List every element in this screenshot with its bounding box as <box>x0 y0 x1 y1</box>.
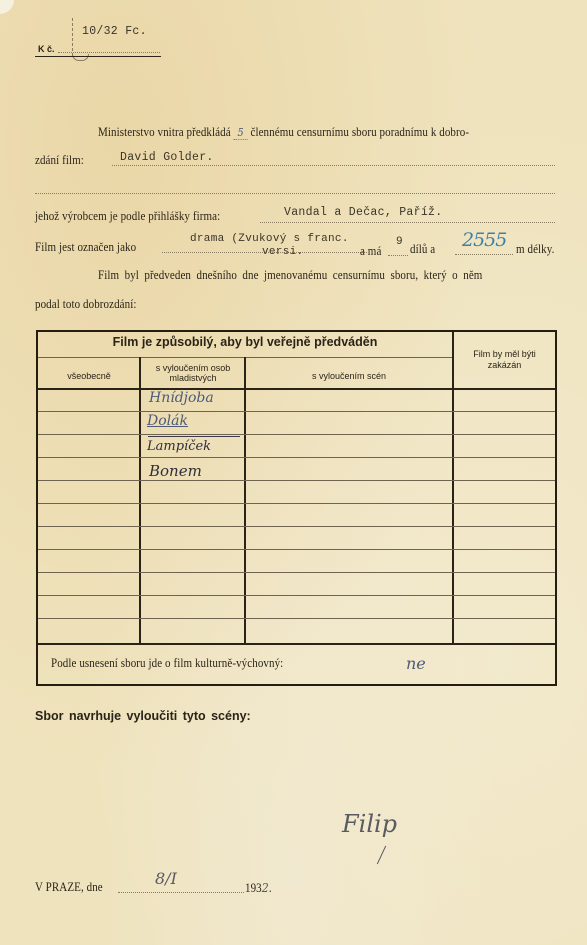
intro-text-before: Ministerstvo vnitra předkládá <box>98 125 231 139</box>
screened-line-1: Film byl předveden dnešního dne jmenovan… <box>98 268 482 283</box>
length-value: 2555 <box>462 229 506 251</box>
k-number-dotted <box>58 52 160 53</box>
member-signature-1: Hnídjoba <box>149 390 214 406</box>
row-line <box>38 572 555 573</box>
producer-label: jehož výrobcem je podle přihlášky firma: <box>35 209 220 224</box>
stamp-vertical-line <box>72 18 73 56</box>
scenes-area[interactable] <box>35 730 555 800</box>
parts-value: 9 <box>396 236 403 248</box>
parts-label-before: a má <box>360 244 381 259</box>
intro-line-1: Ministerstvo vnitra předkládá 5 člennému… <box>98 125 469 140</box>
member-signature-4: Bonem <box>149 462 202 480</box>
place-label: V PRAZE, dne <box>35 880 103 895</box>
row-line <box>38 618 555 619</box>
parts-label-after: dílů a <box>410 242 435 257</box>
file-reference: 10/32 Fc. <box>82 25 147 38</box>
signature-stroke <box>148 436 240 437</box>
row-line <box>38 411 555 412</box>
row-line <box>38 526 555 527</box>
signature-tail <box>377 846 386 865</box>
col-header-scenes: s vyloučením scén <box>246 371 452 381</box>
reference-stamp: 10/32 Fc. <box>72 18 162 60</box>
col-divider-2 <box>244 357 246 644</box>
length-label: m délky. <box>516 242 554 257</box>
screened-line-2: podal toto dobrozdání: <box>35 297 137 312</box>
producer-value: Vandal a Dečac, Paříž. <box>284 206 442 219</box>
col-header-youth-line1: s vyloučením osob <box>141 363 245 373</box>
film-title-value: David Golder. <box>120 151 214 164</box>
length-field[interactable] <box>455 254 513 255</box>
row-line <box>38 503 555 504</box>
parts-field[interactable] <box>388 255 408 256</box>
film-title-label: zdání film: <box>35 153 84 168</box>
year-field: 1932. <box>245 880 272 896</box>
row-line <box>38 549 555 550</box>
scenes-heading: Sbor navrhuje vyloučiti tyto scény: <box>35 709 251 723</box>
col-header-general: všeobecně <box>38 371 140 381</box>
censorship-table: Film je způsobilý, aby byl veřejně předv… <box>36 330 557 686</box>
chairman-signature: Filip <box>342 810 397 838</box>
row-line <box>38 480 555 481</box>
body-bottom-line <box>38 643 555 645</box>
producer-field[interactable] <box>260 222 555 223</box>
cultural-value[interactable]: ne <box>406 654 426 673</box>
year-prefix: 193 <box>245 881 262 895</box>
blank-line <box>35 193 555 194</box>
cultural-label: Podle usnesení sboru jde o film kulturně… <box>51 656 283 671</box>
row-line <box>38 457 555 458</box>
k-number-label: K č. <box>38 44 55 54</box>
year-end: . <box>269 881 272 895</box>
header-banned-line1: Film by měl býti <box>454 349 555 359</box>
designation-value-line2: versi. <box>262 246 303 258</box>
film-title-field[interactable] <box>112 165 555 166</box>
designation-value-line1: drama (Zvukový s franc. <box>190 233 349 245</box>
date-field[interactable] <box>118 892 244 893</box>
page-corner-fold <box>0 0 14 14</box>
intro-text-after: člennému censurnímu sboru poradnímu k do… <box>250 125 469 139</box>
row-line <box>38 595 555 596</box>
header-banned-line2: zakázán <box>454 360 555 370</box>
designation-label: Film jest označen jako <box>35 240 136 255</box>
member-signature-3: Lampíček <box>147 439 211 454</box>
member-signature-2: Dolák <box>147 413 188 429</box>
date-value: 8/I <box>155 869 177 888</box>
col-divider-3 <box>452 332 454 644</box>
k-number-field[interactable] <box>35 56 161 57</box>
header-approved: Film je způsobilý, aby byl veřejně předv… <box>38 337 452 347</box>
header-bottom-line <box>38 388 555 390</box>
col-header-youth-line2: mladistvých <box>141 373 245 383</box>
col-divider-1 <box>139 357 141 644</box>
members-count-field[interactable]: 5 <box>234 126 248 140</box>
row-line <box>38 434 555 435</box>
